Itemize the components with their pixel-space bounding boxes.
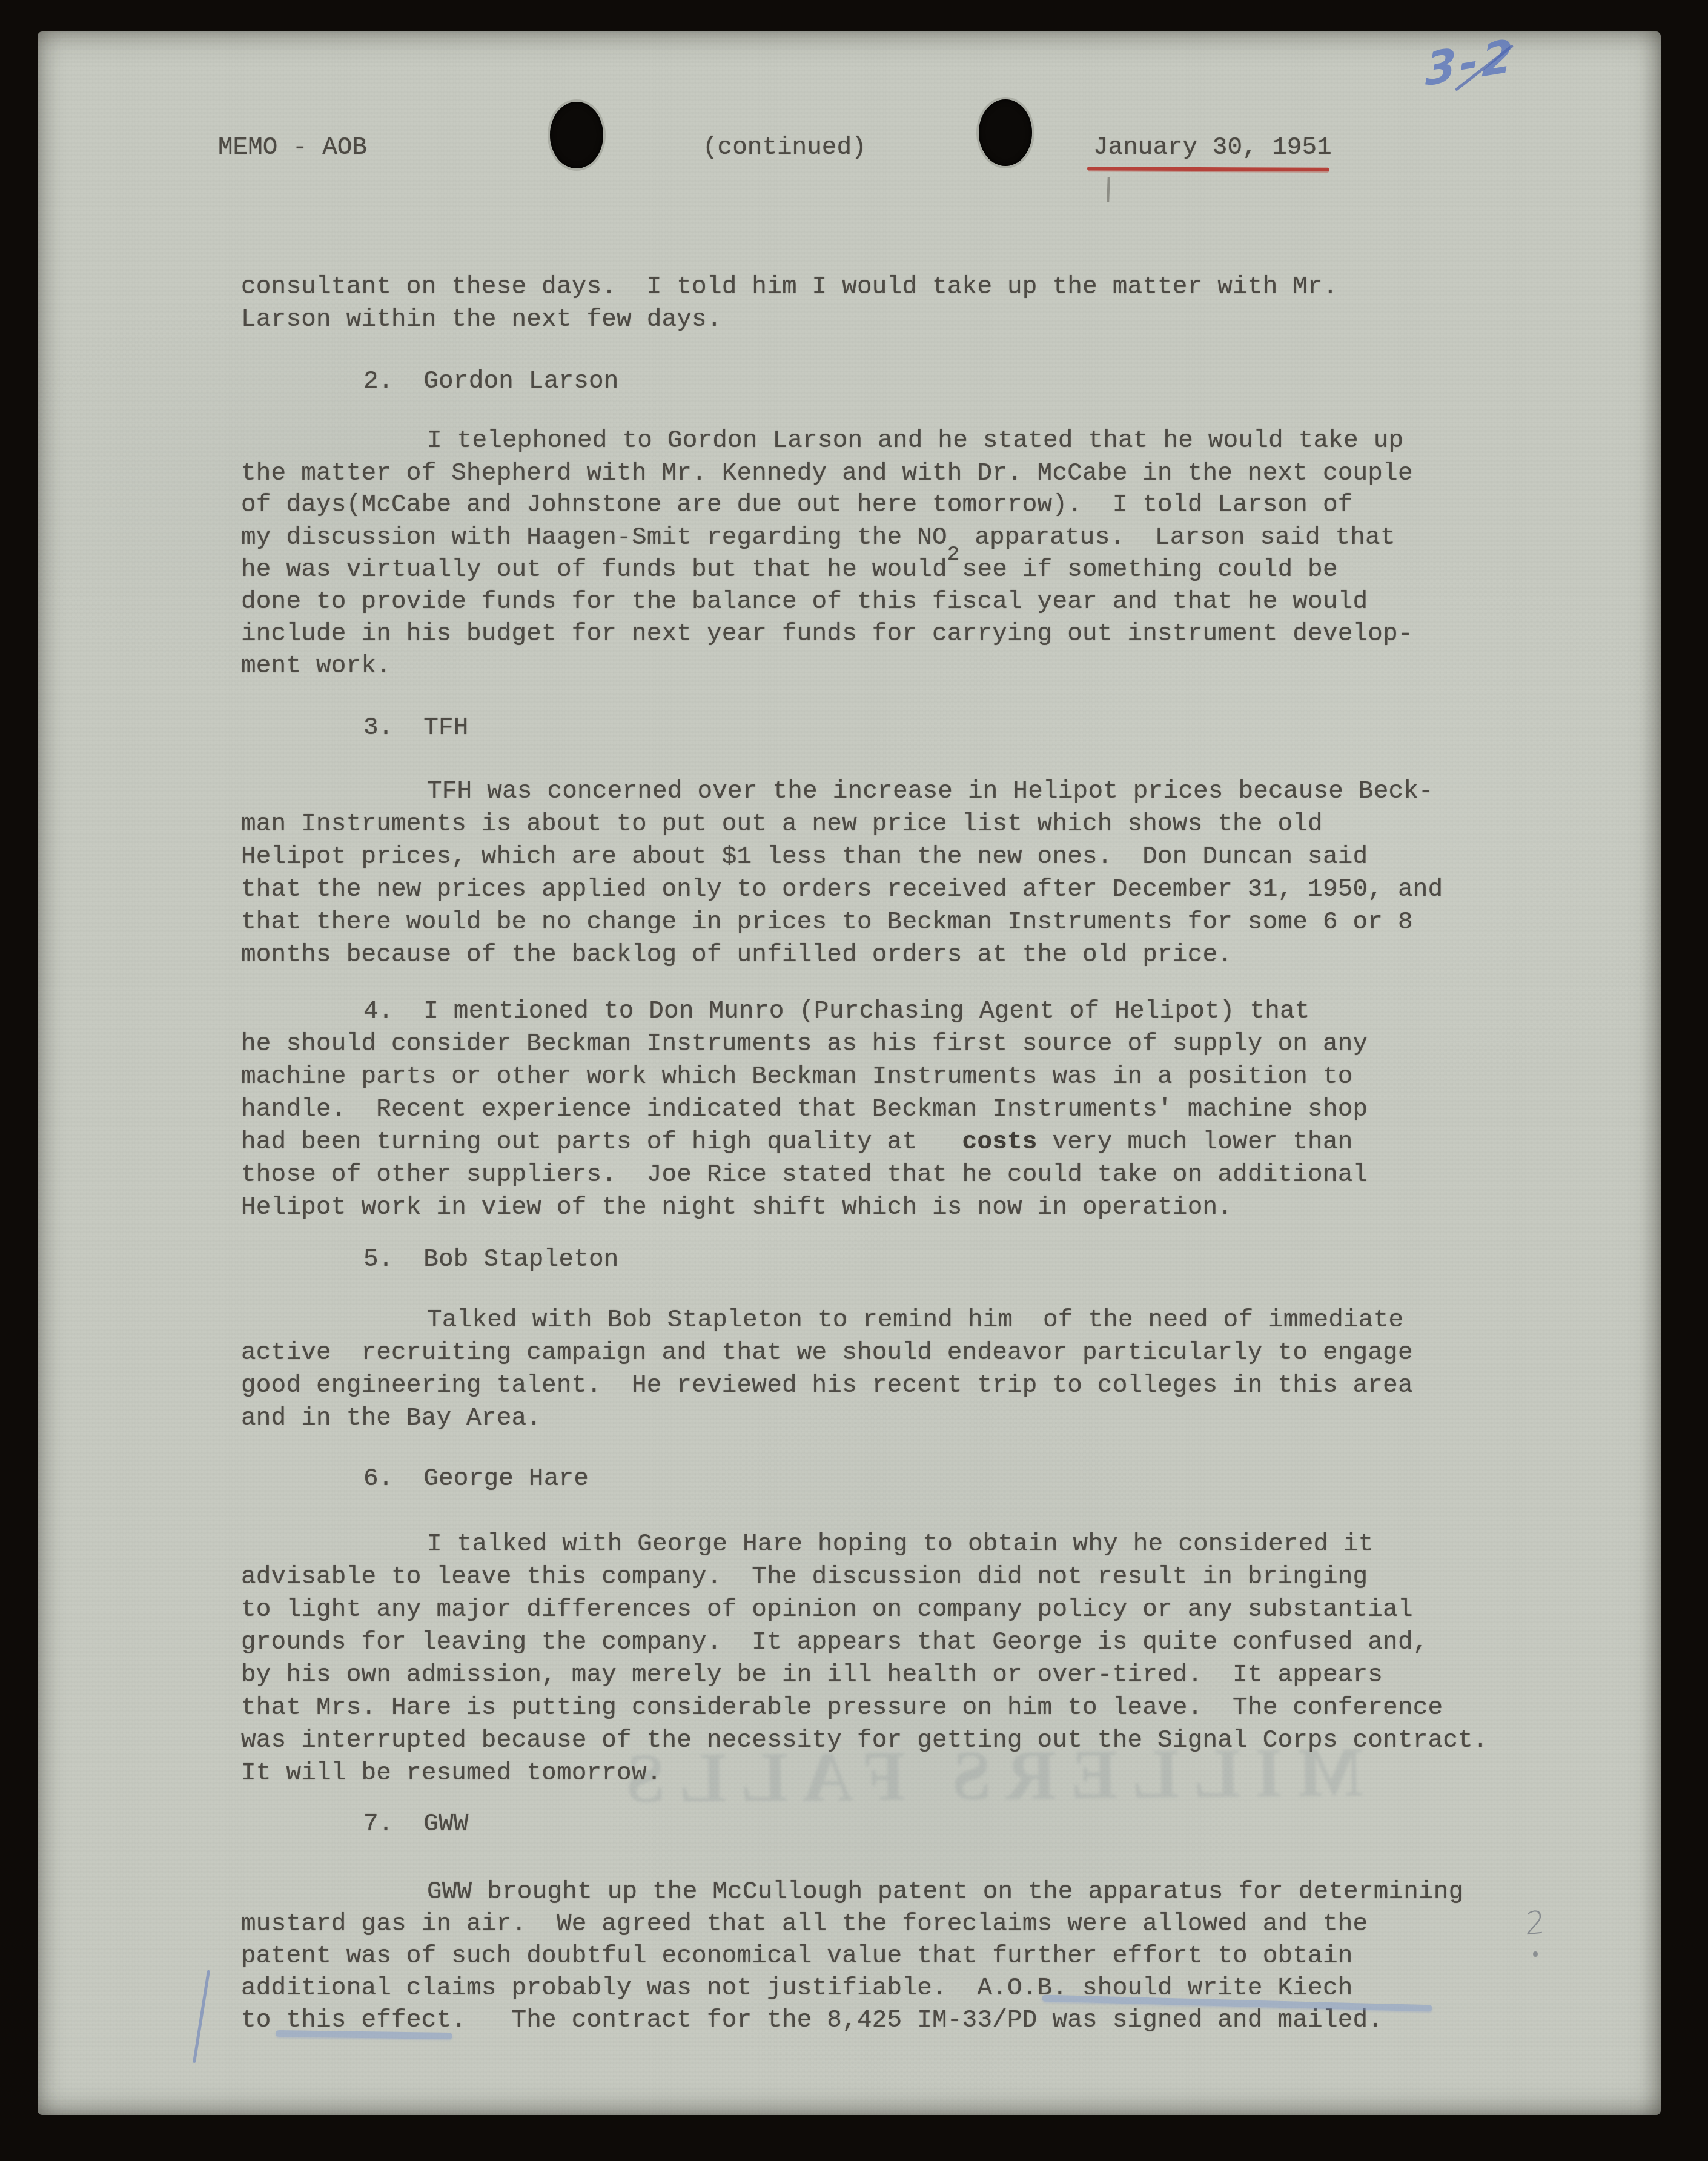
memo-date: January 30, 1951 (1093, 134, 1332, 161)
text-line: 5. Bob Stapleton (363, 1246, 619, 1273)
text-line: It will be resumed tomorrow. (241, 1760, 662, 1787)
text-line: 7. GWW (363, 1811, 469, 1838)
text-line: of days(McCabe and Johnstone are due out… (241, 492, 1353, 518)
text-line: 6. George Hare (363, 1466, 589, 1492)
text-line: 2. Gordon Larson (363, 368, 619, 395)
hole-punch-right (979, 99, 1032, 166)
margin-handwritten-dot (1533, 1951, 1538, 1957)
text-line: good engineering talent. He reviewed his… (241, 1372, 1413, 1399)
text-line: Helipot work in view of the night shift … (241, 1194, 1233, 1221)
text-line: machine parts or other work which Beckma… (241, 1064, 1353, 1090)
hole-punch-left (550, 102, 603, 168)
text-line: I telephoned to Gordon Larson and he sta… (427, 428, 1403, 454)
text-line: he should consider Beckman Instruments a… (241, 1031, 1368, 1057)
text-line: Talked with Bob Stapleton to remind him … (427, 1307, 1403, 1334)
text-line: that the new prices applied only to orde… (241, 876, 1443, 903)
text-line: done to provide funds for the balance of… (241, 589, 1368, 615)
text-line: man Instruments is about to put out a ne… (241, 811, 1323, 838)
text-line: GWW brought up the McCullough patent on … (427, 1879, 1463, 1905)
text-line: to light any major differences of opinio… (241, 1597, 1413, 1623)
text-line: Larson within the next few days. (241, 306, 722, 333)
text-line: had been turning out parts of high quali… (241, 1129, 1353, 1156)
text-line: TFH was concerned over the increase in H… (427, 778, 1434, 805)
text-line: additional claims probably was not justi… (241, 1975, 1353, 2002)
text-line: 4. I mentioned to Don Munro (Purchasing … (363, 998, 1310, 1025)
text-line: was interrupted because of the necessity… (241, 1727, 1488, 1754)
margin-handwritten-2: 2 (1525, 1904, 1545, 1943)
text-line: that Mrs. Hare is putting considerable p… (241, 1695, 1443, 1721)
text-line: those of other suppliers. Joe Rice state… (241, 1162, 1368, 1188)
text-line: I talked with George Hare hoping to obta… (427, 1531, 1374, 1558)
text-line: active recruiting campaign and that we s… (241, 1340, 1413, 1366)
continued-label: (continued) (703, 134, 867, 161)
memo-title: MEMO - AOB (218, 134, 367, 161)
text-line: consultant on these days. I told him I w… (241, 274, 1338, 300)
text-line: the matter of Shepherd with Mr. Kennedy … (241, 460, 1413, 487)
text-line: ment work. (241, 653, 391, 680)
text-line: my discussion with Haagen-Smit regarding… (241, 525, 1395, 552)
text-line: include in his budget for next year fund… (241, 621, 1413, 647)
text-line: to this effect. The contract for the 8,4… (241, 2007, 1383, 2034)
text-line: mustard gas in air. We agreed that all t… (241, 1911, 1368, 1938)
text-line: handle. Recent experience indicated that… (241, 1096, 1368, 1123)
text-line: and in the Bay Area. (241, 1405, 541, 1432)
text-line: by his own admission, may merely be in i… (241, 1662, 1383, 1689)
text-line: months because of the backlog of unfille… (241, 942, 1233, 968)
text-line: advisable to leave this company. The dis… (241, 1564, 1368, 1590)
text-line: 3. TFH (363, 715, 469, 741)
scanned-memo-page: MEMO - AOB (continued) January 30, 1951 … (0, 0, 1708, 2161)
text-line: he was virtually out of funds but that h… (241, 557, 1338, 583)
text-line: patent was of such doubtful economical v… (241, 1943, 1353, 1970)
text-line: that there would be no change in prices … (241, 909, 1413, 936)
text-line: grounds for leaving the company. It appe… (241, 1629, 1428, 1656)
text-line: Helipot prices, which are about $1 less … (241, 844, 1368, 870)
